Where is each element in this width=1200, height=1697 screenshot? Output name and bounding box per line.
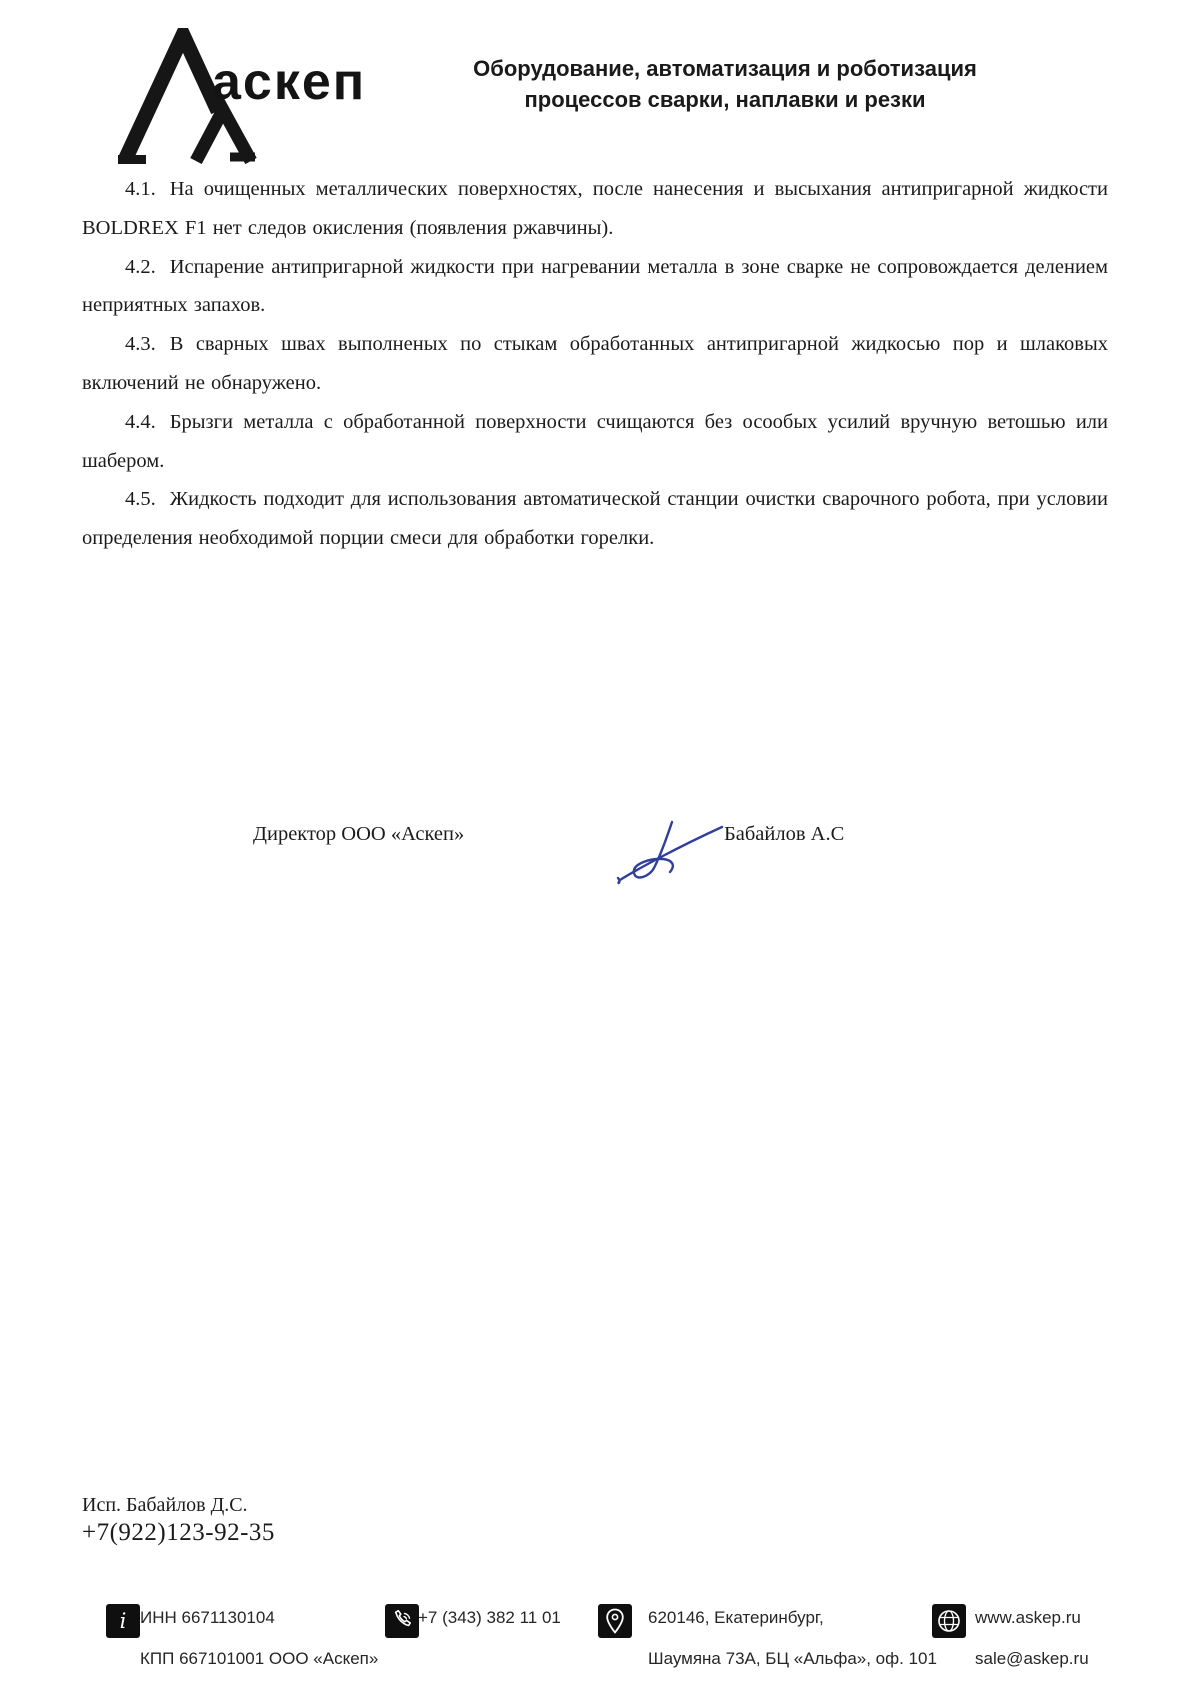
paragraph-4-1: 4.1.На очищенных металлических поверхнос…	[82, 170, 1108, 248]
signature-name: Бабайлов А.С	[724, 823, 844, 846]
website-value: www.askep.ru	[975, 1608, 1081, 1628]
document-page: аскеп Оборудование, автоматизация и робо…	[0, 0, 1200, 1697]
globe-icon	[932, 1604, 966, 1638]
inn-value: ИНН 6671130104	[140, 1608, 275, 1628]
executor-block: Исп. Бабайлов Д.С. +7(922)123-92-35	[82, 1492, 275, 1548]
paragraph-number: 4.4.	[125, 411, 156, 433]
tagline-line-2: процессов сварки, наплавки и резки	[420, 84, 1030, 115]
svg-text:i: i	[120, 1609, 127, 1633]
paragraph-text: На очищенных металлических поверхностях,…	[82, 178, 1108, 239]
paragraph-number: 4.3.	[125, 333, 156, 355]
signature-title: Директор ООО «Аскеп»	[253, 823, 464, 846]
paragraph-text: Испарение антипригарной жидкости при наг…	[82, 256, 1108, 317]
tagline-line-1: Оборудование, автоматизация и роботизаци…	[420, 53, 1030, 84]
paragraph-4-5: 4.5.Жидкость подходит для использования …	[82, 480, 1108, 558]
paragraph-number: 4.2.	[125, 256, 156, 278]
paragraph-text: Брызги металла с обработанной поверхност…	[82, 411, 1108, 472]
paragraph-number: 4.5.	[125, 488, 156, 510]
email-value: sale@askep.ru	[975, 1649, 1089, 1669]
address-line-1: 620146, Екатеринбург,	[648, 1608, 824, 1628]
paragraph-text: Жидкость подходит для использования авто…	[82, 488, 1108, 549]
paragraph-4-3: 4.3.В сварных швах выполненых по стыкам …	[82, 325, 1108, 403]
kpp-value: КПП 667101001 ООО «Аскеп»	[140, 1649, 378, 1669]
paragraph-4-2: 4.2.Испарение антипригарной жидкости при…	[82, 248, 1108, 326]
document-body: 4.1.На очищенных металлических поверхнос…	[82, 170, 1108, 558]
address-line-2: Шаумяна 73А, БЦ «Альфа», оф. 101	[648, 1649, 937, 1669]
signature-ink	[608, 812, 728, 890]
paragraph-number: 4.1.	[125, 178, 156, 200]
info-icon: i	[106, 1604, 140, 1638]
header-tagline: Оборудование, автоматизация и роботизаци…	[420, 53, 1030, 115]
paragraph-4-4: 4.4.Брызги металла с обработанной поверх…	[82, 403, 1108, 481]
paragraph-text: В сварных швах выполненых по стыкам обра…	[82, 333, 1108, 394]
location-icon	[598, 1604, 632, 1638]
askep-logo-wordmark: аскеп	[212, 52, 366, 112]
executor-name: Исп. Бабайлов Д.С.	[82, 1492, 275, 1518]
office-phone-value: +7 (343) 382 11 01	[418, 1608, 561, 1628]
executor-phone: +7(922)123-92-35	[82, 1518, 275, 1548]
phone-icon	[385, 1604, 419, 1638]
